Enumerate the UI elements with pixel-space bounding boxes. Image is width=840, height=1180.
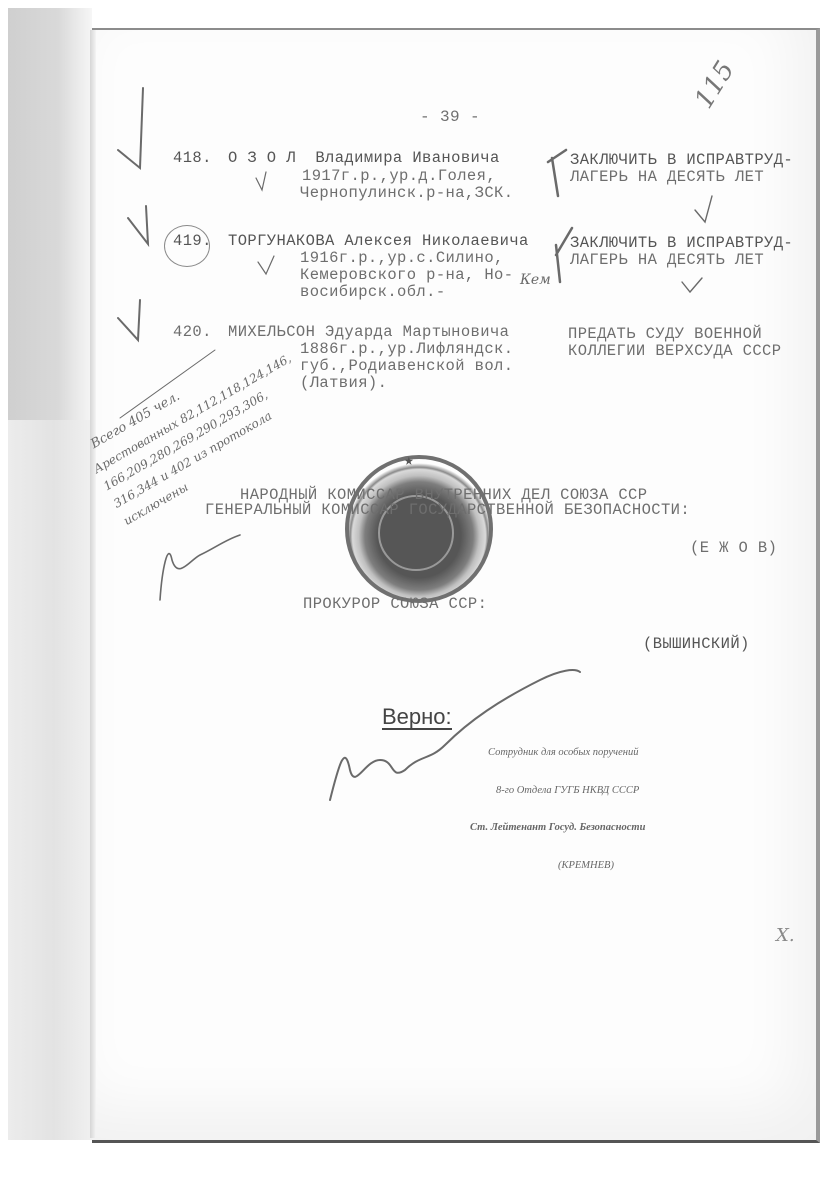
checkmark-icon xyxy=(118,88,143,168)
signature xyxy=(160,535,240,600)
checkmark-icon xyxy=(548,150,566,196)
checkmark-icon xyxy=(128,206,148,244)
divider-stroke xyxy=(120,350,215,418)
checkmark-icon xyxy=(682,278,702,292)
checkmark-icon xyxy=(118,300,140,340)
checkmark-icon xyxy=(556,228,572,282)
signature xyxy=(330,670,580,800)
checkmark-icon xyxy=(258,256,274,274)
checkmark-icon xyxy=(256,172,266,190)
checkmark-icon xyxy=(695,196,712,222)
ink-annotations xyxy=(0,0,840,1180)
